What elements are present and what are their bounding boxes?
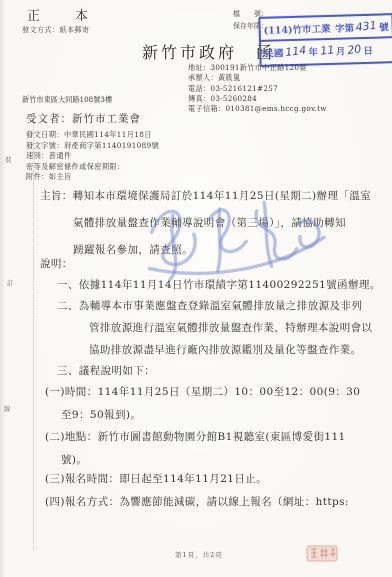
body-text-line: 號)。 [61, 452, 87, 467]
agency-fax: 傳真：03-5260284 [188, 94, 327, 104]
confidentiality-level: 密等及解密條件或保密期限： [26, 162, 159, 173]
body-text-line: 協助排放源盡早進行廠內排放源鑑別及量化等盤查作業。 [89, 342, 362, 357]
red-seal-stamp [306, 545, 338, 562]
body-text-line: (二)地點：新竹市圖書館動物園分館B1視聽室(東區博愛街111 [45, 429, 346, 444]
stamp-handwritten-month: 11 [319, 43, 334, 58]
page-number-label: 第1頁，共2頁 [175, 550, 223, 559]
stamp-month-label: 月 [336, 43, 346, 57]
body-text-line: (四)報名方式：為響應節能減碳，請以線上報名（網址：https: [45, 494, 349, 509]
body-text-line: 三、議程說明如下： [57, 363, 155, 378]
agency-contact-block: 地址：300191新竹市中正路120號 承辦人：黃筱嵐 電話：03-521612… [188, 63, 327, 114]
stamp-era-label: 民國 [264, 45, 283, 60]
received-stamp-line2: 民國 114 年 11 月 20 日 [261, 38, 392, 63]
body-text-line: 至9：50報到)。 [61, 407, 141, 422]
stamp-word-no-prefix: 字第 [335, 20, 354, 35]
agency-address: 地址：300191新竹市中正路120號 [188, 63, 327, 73]
blue-signature-stamp [136, 185, 336, 290]
document-title: 新竹市政府 函 [142, 40, 275, 63]
copy-type-label: 正 本 [27, 5, 99, 24]
stamp-handwritten-day: 20 [347, 42, 362, 57]
binding-dotted-line [33, 120, 34, 550]
binding-mark-ding: 訂 [7, 278, 14, 287]
stamp-agency-text: (114)竹市工業 [263, 20, 330, 36]
stamp-day-label: 日 [363, 42, 373, 56]
agency-phone: 電話：03-5216121#257 [188, 84, 327, 94]
stamp-word-no-suffix: 號 [379, 19, 389, 33]
recipient-name: 受文者：新竹市工業會 [26, 111, 141, 126]
issue-date: 發文日期：中華民國114年11月18日 [26, 130, 159, 141]
body-text-line: 說明： [40, 256, 73, 271]
body-text-line: (三)報名時間：即日起至114年11月21日止。 [45, 471, 267, 486]
scanned-official-letter-page: 裝 訂 線 正 本 發文方式：紙本郵寄 檔 號： 保存年限： 新竹市政府 函 (… [0, 0, 392, 577]
delivery-method-label: 發文方式：紙本郵寄 [22, 25, 90, 35]
priority-level: 速別：普通件 [26, 151, 159, 162]
binding-mark-xian: 線 [4, 404, 11, 413]
document-meta-block: 發文日期：中華民國114年11月18日 發文字號：府產商字第1140191089… [26, 130, 159, 183]
stamp-handwritten-year: 114 [285, 44, 307, 59]
stamp-year-label: 年 [308, 44, 318, 58]
binding-mark-zhuang: 裝 [5, 155, 12, 164]
body-text-line: 管排放源進行溫室氣體排放量盤查作業，特辦理本說明會以 [89, 320, 372, 335]
agency-email: 電子信箱：010381@ems.hccg.gov.tw [188, 104, 327, 114]
body-text-line: 二、為輔導本市事業應盤查登錄溫室氣體排放量之排放源及非列 [57, 298, 362, 313]
body-text-line: (一)時間：114年11月25日（星期二）10：00至12：00(9：30 [45, 384, 360, 399]
agency-contact-person: 承辦人：黃筱嵐 [188, 73, 327, 83]
recipient-address: 新竹市東區大同路108號3樓 [22, 95, 112, 105]
stamp-handwritten-number: 431 [355, 19, 377, 34]
attachment-note: 附件：如主旨 [26, 172, 159, 183]
issue-number: 發文字號：府產商字第1140191089號 [26, 141, 159, 152]
received-date-stamp: (114)竹市工業 字第 431 號 民國 114 年 11 月 20 日 [258, 13, 392, 67]
